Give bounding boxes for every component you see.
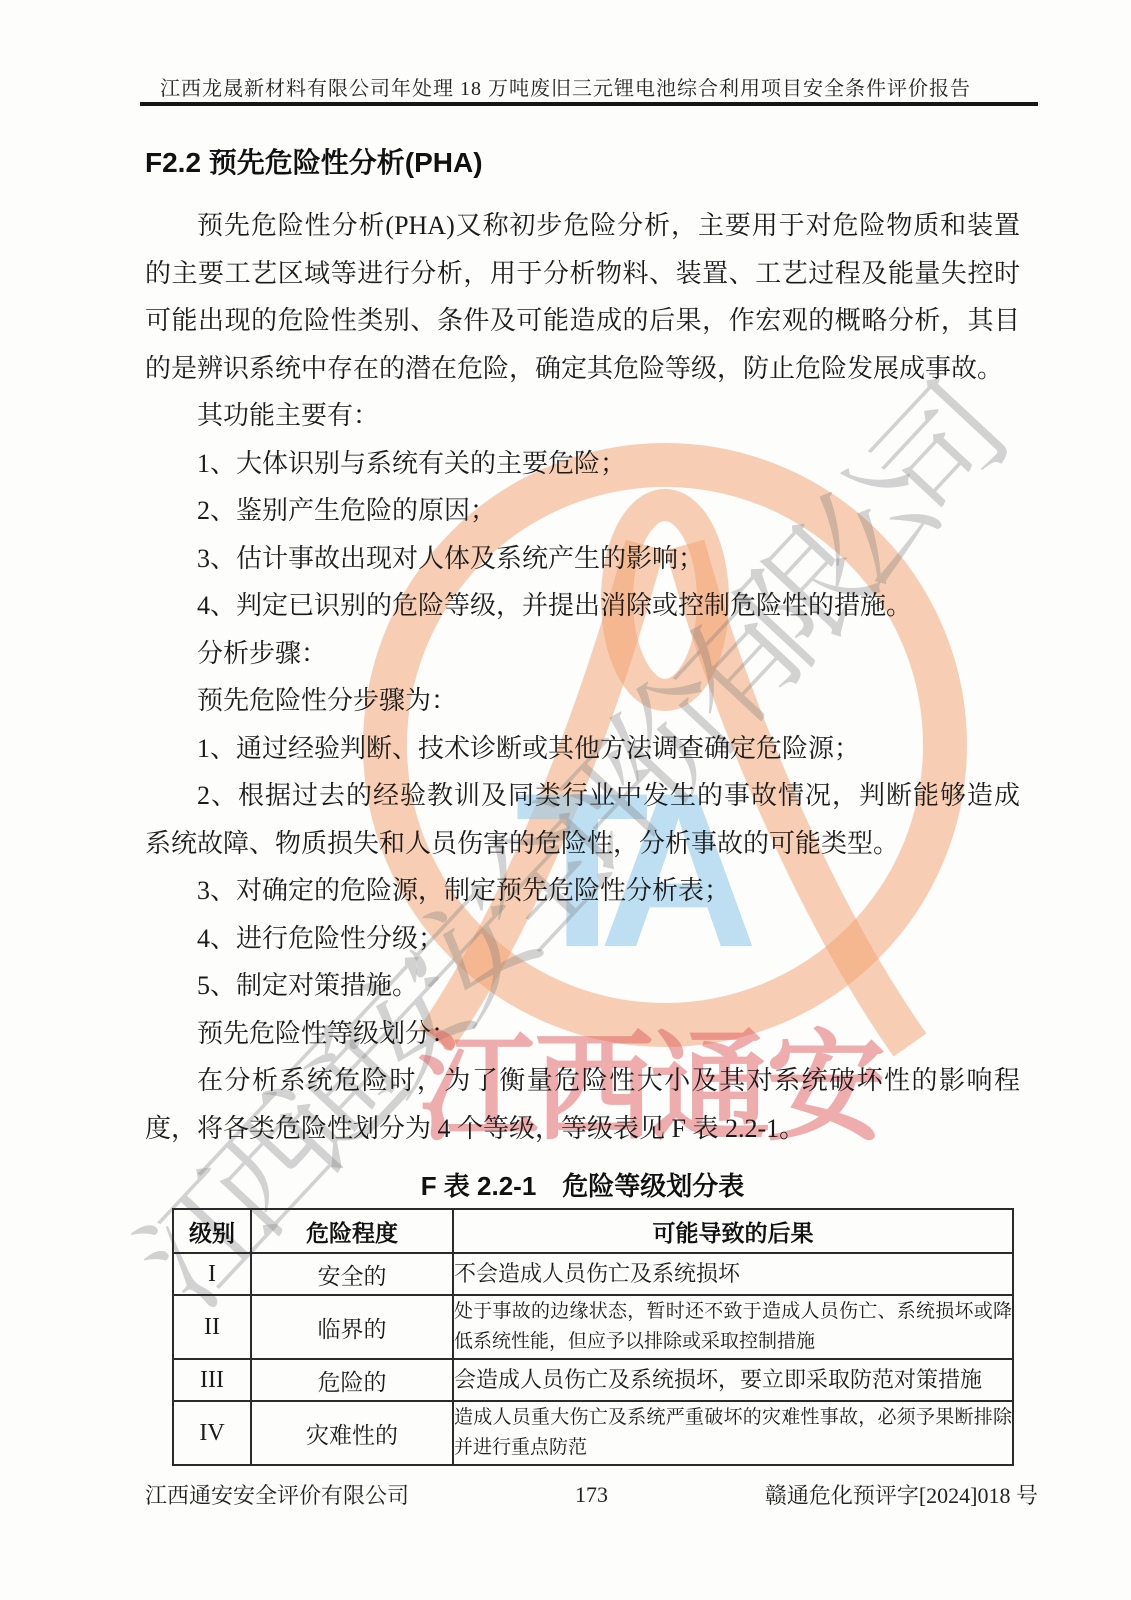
- body-line: 系统故障、物质损失和人员伤害的危险性，分析事故的可能类型。: [145, 820, 1020, 868]
- page-content: 江西龙晟新材料有限公司年处理 18 万吨废旧三元锂电池综合利用项目安全条件评价报…: [0, 0, 1131, 1600]
- body-text: 预先危险性分析(PHA)又称初步危险分析，主要用于对危险物质和装置的主要工艺区域…: [145, 202, 1020, 1152]
- cell-level: III: [173, 1359, 251, 1401]
- table-header-row: 级别 危险程度 可能导致的后果: [173, 1209, 1013, 1253]
- body-line: 4、判定已识别的危险等级，并提出消除或控制危险性的措施。: [145, 582, 1020, 630]
- consequence-line: 会造成人员伤亡及系统损坏，要立即采取防范对策措施: [454, 1365, 1012, 1395]
- cell-level: IV: [173, 1401, 251, 1465]
- cell-degree: 安全的: [251, 1253, 453, 1295]
- section-heading: F2.2 预先危险性分析(PHA): [145, 141, 483, 181]
- header-rule: [140, 102, 1038, 106]
- body-line: 可能出现的危险性类别、条件及可能造成的后果，作宏观的概略分析，其目: [145, 297, 1020, 345]
- footer-doc-number: 赣通危化预评字[2024]018 号: [608, 1479, 1038, 1510]
- hazard-table-body: I安全的不会造成人员伤亡及系统损坏II临界的处于事故的边缘状态，暂时还不致于造成…: [173, 1253, 1013, 1465]
- cell-consequence: 不会造成人员伤亡及系统损坏: [453, 1253, 1013, 1295]
- document-page: TA 江西通安安全评价有限公司 江西通安 江西龙晟新材料有限公司年处理 18 万…: [0, 0, 1131, 1600]
- body-line: 预先危险性等级划分：: [145, 1010, 1020, 1058]
- page-header-title: 江西龙晟新材料有限公司年处理 18 万吨废旧三元锂电池综合利用项目安全条件评价报…: [0, 72, 1131, 101]
- consequence-line: 处于事故的边缘状态，暂时还不致于造成人员伤亡、系统损坏或降: [454, 1297, 1012, 1327]
- table-title: F 表 2.2-1 危险等级划分表: [145, 1166, 1020, 1203]
- consequence-line: 不会造成人员伤亡及系统损坏: [454, 1259, 1012, 1289]
- consequence-line: 造成人员重大伤亡及系统严重破坏的灾难性事故，必须予果断排除: [454, 1403, 1012, 1433]
- body-line: 5、制定对策措施。: [145, 962, 1020, 1010]
- footer-company: 江西通安安全评价有限公司: [145, 1479, 575, 1510]
- column-header-consequence: 可能导致的后果: [453, 1209, 1013, 1253]
- body-line: 的是辨识系统中存在的潜在危险，确定其危险等级，防止危险发展成事故。: [145, 345, 1020, 393]
- body-line: 2、根据过去的经验教训及同类行业中发生的事故情况，判断能够造成: [145, 772, 1020, 820]
- consequence-line: 并进行重点防范: [454, 1433, 1012, 1463]
- cell-consequence: 处于事故的边缘状态，暂时还不致于造成人员伤亡、系统损坏或降低系统性能，但应予以排…: [453, 1295, 1013, 1359]
- consequence-line: 低系统性能，但应予以排除或采取控制措施: [454, 1327, 1012, 1357]
- cell-consequence: 会造成人员伤亡及系统损坏，要立即采取防范对策措施: [453, 1359, 1013, 1401]
- footer-page-number: 173: [575, 1482, 608, 1508]
- cell-degree: 临界的: [251, 1295, 453, 1359]
- cell-degree: 危险的: [251, 1359, 453, 1401]
- body-line: 3、估计事故出现对人体及系统产生的影响；: [145, 535, 1020, 583]
- body-line: 3、对确定的危险源，制定预先危险性分析表；: [145, 867, 1020, 915]
- body-line: 度，将各类危险性划分为 4 个等级，等级表见 F 表 2.2-1。: [145, 1105, 1020, 1153]
- body-line: 在分析系统危险时，为了衡量危险性大小及其对系统破坏性的影响程: [145, 1057, 1020, 1105]
- body-line: 1、通过经验判断、技术诊断或其他方法调查确定危险源；: [145, 725, 1020, 773]
- column-header-degree: 危险程度: [251, 1209, 453, 1253]
- page-footer: 江西通安安全评价有限公司 173 赣通危化预评字[2024]018 号: [145, 1479, 1038, 1510]
- cell-degree: 灾难性的: [251, 1401, 453, 1465]
- column-header-level: 级别: [173, 1209, 251, 1253]
- body-line: 预先危险性分析(PHA)又称初步危险分析，主要用于对危险物质和装置: [145, 202, 1020, 250]
- cell-level: II: [173, 1295, 251, 1359]
- table-row: II临界的处于事故的边缘状态，暂时还不致于造成人员伤亡、系统损坏或降低系统性能，…: [173, 1295, 1013, 1359]
- body-line: 其功能主要有：: [145, 392, 1020, 440]
- body-line: 预先危险性分步骤为：: [145, 677, 1020, 725]
- cell-level: I: [173, 1253, 251, 1295]
- body-line: 2、鉴别产生危险的原因；: [145, 487, 1020, 535]
- table-row: IV灾难性的造成人员重大伤亡及系统严重破坏的灾难性事故，必须予果断排除并进行重点…: [173, 1401, 1013, 1465]
- hazard-grade-table: 级别 危险程度 可能导致的后果 I安全的不会造成人员伤亡及系统损坏II临界的处于…: [172, 1208, 1014, 1466]
- table-row: I安全的不会造成人员伤亡及系统损坏: [173, 1253, 1013, 1295]
- body-line: 的主要工艺区域等进行分析，用于分析物料、装置、工艺过程及能量失控时: [145, 250, 1020, 298]
- body-line: 4、进行危险性分级；: [145, 915, 1020, 963]
- body-line: 1、大体识别与系统有关的主要危险；: [145, 440, 1020, 488]
- body-line: 分析步骤：: [145, 630, 1020, 678]
- cell-consequence: 造成人员重大伤亡及系统严重破坏的灾难性事故，必须予果断排除并进行重点防范: [453, 1401, 1013, 1465]
- table-row: III危险的会造成人员伤亡及系统损坏，要立即采取防范对策措施: [173, 1359, 1013, 1401]
